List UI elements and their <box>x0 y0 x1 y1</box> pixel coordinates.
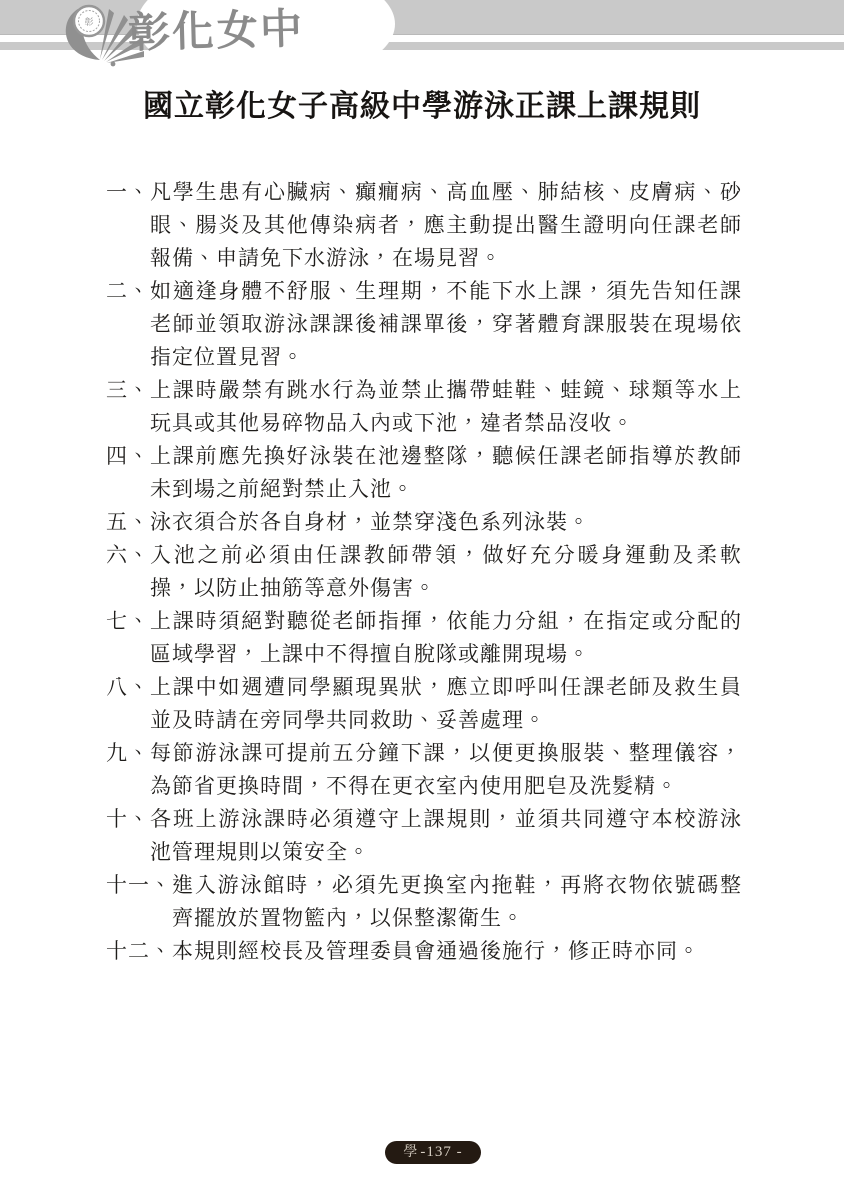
rule-number: 二、 <box>106 275 150 374</box>
document-content: 國立彰化女子高級中學游泳正課上課規則 一、 凡學生患有心臟病、癲癇病、高血壓、肺… <box>0 0 844 968</box>
rule-item: 三、 上課時嚴禁有跳水行為並禁止攜帶蛙鞋、蛙鏡、球類等水上玩具或其他易碎物品入內… <box>106 374 742 440</box>
rule-text: 如適逢身體不舒服、生理期，不能下水上課，須先告知任課老師並領取游泳課課後補課單後… <box>150 275 742 374</box>
rule-text: 入池之前必須由任課教師帶領，做好充分暖身運動及柔軟操，以防止抽筋等意外傷害。 <box>150 539 742 605</box>
rule-number: 六、 <box>106 539 150 605</box>
rule-number: 十二、 <box>106 935 172 968</box>
rule-item: 五、 泳衣須合於各自身材，並禁穿淺色系列泳裝。 <box>106 506 742 539</box>
page-number-badge: 學 -137 - <box>385 1141 481 1164</box>
rule-text: 每節游泳課可提前五分鐘下課，以便更換服裝、整理儀容，為節省更換時間，不得在更衣室… <box>150 737 742 803</box>
rule-number: 九、 <box>106 737 150 803</box>
rule-number: 五、 <box>106 506 150 539</box>
rule-text: 各班上游泳課時必須遵守上課規則，並須共同遵守本校游泳池管理規則以策安全。 <box>150 803 742 869</box>
page-number-label: 學 <box>403 1141 417 1164</box>
rule-item: 八、 上課中如週遭同學顯現異狀，應立即呼叫任課老師及救生員並及時請在旁同學共同救… <box>106 671 742 737</box>
page-number-value: -137 - <box>420 1141 462 1164</box>
rule-number: 一、 <box>106 176 150 275</box>
rule-item: 一、 凡學生患有心臟病、癲癇病、高血壓、肺結核、皮膚病、砂眼、腸炎及其他傳染病者… <box>106 176 742 275</box>
rule-text: 進入游泳館時，必須先更換室內拖鞋，再將衣物依號碼整齊擺放於置物籃內，以保整潔衛生… <box>172 869 742 935</box>
rule-item: 十、 各班上游泳課時必須遵守上課規則，並須共同遵守本校游泳池管理規則以策安全。 <box>106 803 742 869</box>
rule-item: 六、 入池之前必須由任課教師帶領，做好充分暖身運動及柔軟操，以防止抽筋等意外傷害… <box>106 539 742 605</box>
rule-item: 九、 每節游泳課可提前五分鐘下課，以便更換服裝、整理儀容，為節省更換時間，不得在… <box>106 737 742 803</box>
swimming-rules-list: 一、 凡學生患有心臟病、癲癇病、高血壓、肺結核、皮膚病、砂眼、腸炎及其他傳染病者… <box>0 176 844 968</box>
rule-number: 十、 <box>106 803 150 869</box>
rule-text: 上課中如週遭同學顯現異狀，應立即呼叫任課老師及救生員並及時請在旁同學共同救助、妥… <box>150 671 742 737</box>
rule-item: 十一、 進入游泳館時，必須先更換室內拖鞋，再將衣物依號碼整齊擺放於置物籃內，以保… <box>106 869 742 935</box>
rule-item: 十二、 本規則經校長及管理委員會通過後施行，修正時亦同。 <box>106 935 742 968</box>
rule-text: 上課前應先換好泳裝在池邊整隊，聽候任課老師指導於教師未到場之前絕對禁止入池。 <box>150 440 742 506</box>
rule-number: 十一、 <box>106 869 172 935</box>
rule-text: 本規則經校長及管理委員會通過後施行，修正時亦同。 <box>172 935 742 968</box>
rule-text: 上課時須絕對聽從老師指揮，依能力分組，在指定或分配的區域學習，上課中不得擅自脫隊… <box>150 605 742 671</box>
rule-item: 四、 上課前應先換好泳裝在池邊整隊，聽候任課老師指導於教師未到場之前絕對禁止入池… <box>106 440 742 506</box>
rule-text: 凡學生患有心臟病、癲癇病、高血壓、肺結核、皮膚病、砂眼、腸炎及其他傳染病者，應主… <box>150 176 742 275</box>
rule-number: 四、 <box>106 440 150 506</box>
page-title: 國立彰化女子高級中學游泳正課上課規則 <box>0 88 844 126</box>
rule-item: 七、 上課時須絕對聽從老師指揮，依能力分組，在指定或分配的區域學習，上課中不得擅… <box>106 605 742 671</box>
rule-item: 二、 如適逢身體不舒服、生理期，不能下水上課，須先告知任課老師並領取游泳課課後補… <box>106 275 742 374</box>
rule-number: 三、 <box>106 374 150 440</box>
document-page: 彰 彰化女中 國立彰化女子高級中學游泳正課上課規則 一、 凡學生患有心臟病、癲癇… <box>0 0 844 1200</box>
rule-number: 八、 <box>106 671 150 737</box>
rule-text: 泳衣須合於各自身材，並禁穿淺色系列泳裝。 <box>150 506 742 539</box>
rule-number: 七、 <box>106 605 150 671</box>
rule-text: 上課時嚴禁有跳水行為並禁止攜帶蛙鞋、蛙鏡、球類等水上玩具或其他易碎物品入內或下池… <box>150 374 742 440</box>
